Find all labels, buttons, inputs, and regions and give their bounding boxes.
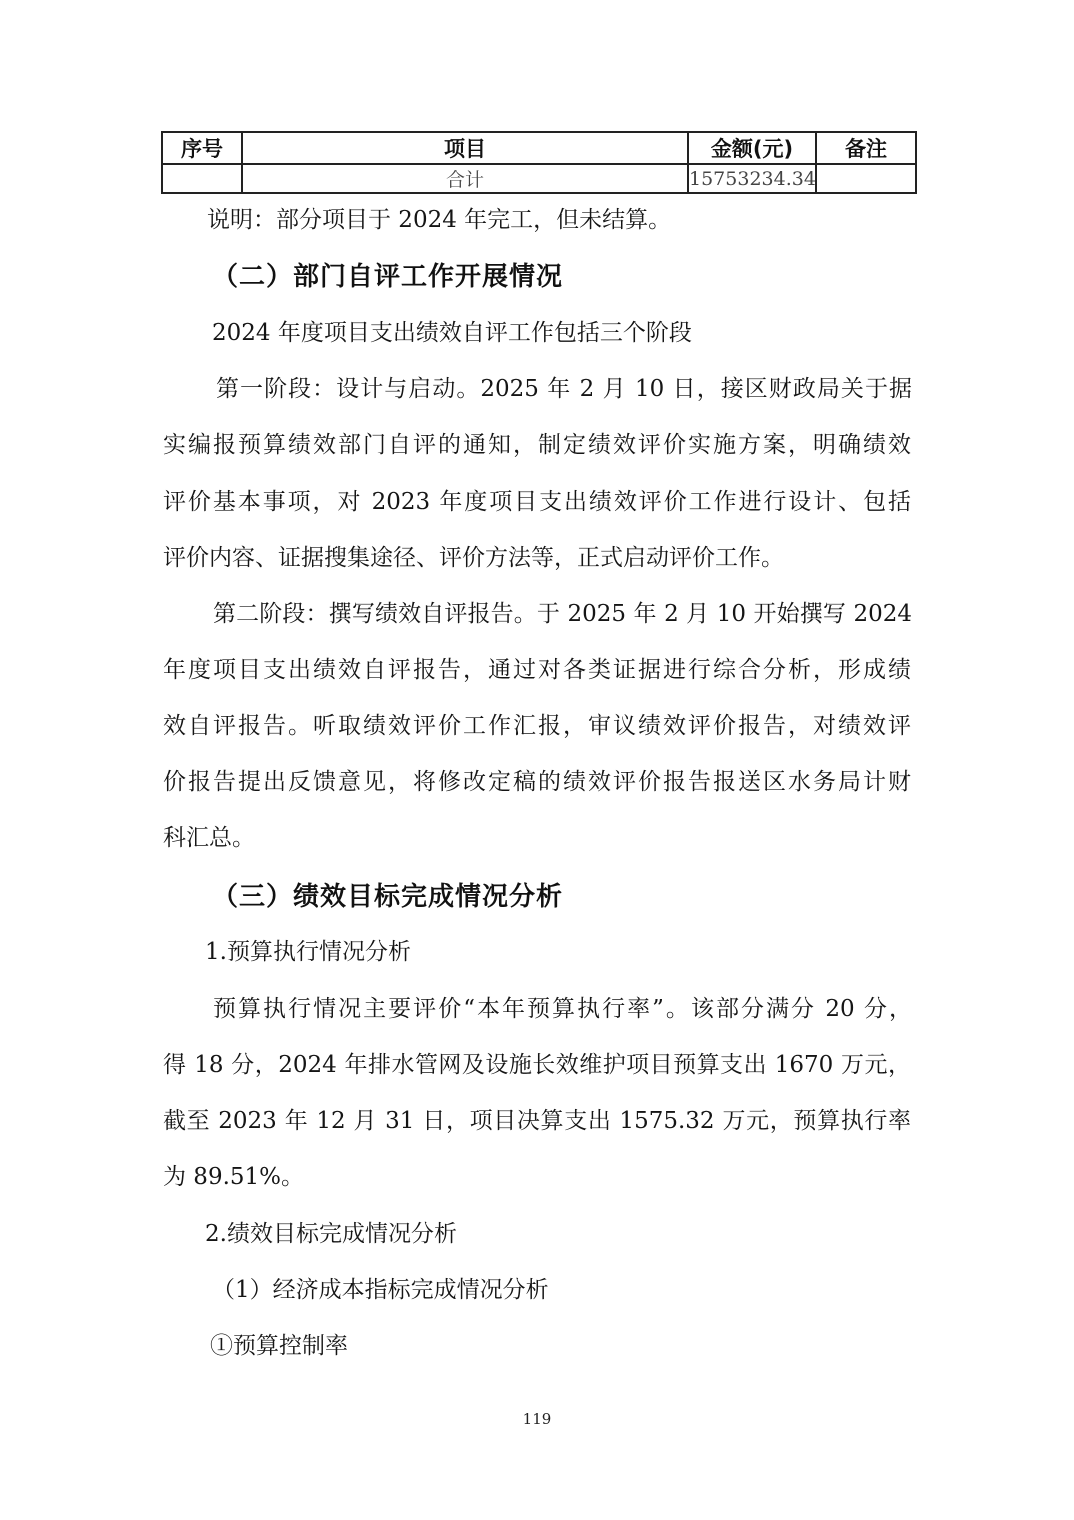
stage1-line-2: 实编报预算绩效部门自评的通知，制定绩效评价实施方案，明确绩效 [163, 430, 911, 460]
stage2-line-5: 科汇总。 [163, 823, 255, 853]
stage2-line-4: 价报告提出反馈意见，将修改定稿的绩效评价报告报送区水务局计财 [163, 767, 911, 797]
cell-amount: 15753234.34 [688, 164, 816, 193]
stage1-line-1: 第一阶段：设计与启动。2025 年 2 月 10 日，接区财政局关于据 [216, 374, 912, 404]
table-row: 合计 15753234.34 [162, 164, 916, 193]
sub1-line-3: 截至 2023 年 12 月 31 日，项目决算支出 1575.32 万元，预算… [163, 1106, 911, 1136]
header-index: 序号 [162, 132, 242, 164]
header-note: 备注 [816, 132, 916, 164]
document-page: 序号 项目 金额(元) 备注 合计 15753234.34 说明：部分项目于 2… [0, 0, 1074, 1520]
sub1-line-4: 为 89.51%。 [163, 1162, 304, 1192]
sub1-line-1: 预算执行情况主要评价“本年预算执行率”。该部分满分 20 分， [213, 994, 912, 1024]
stage2-line-2: 年度项目支出绩效自评报告，通过对各类证据进行综合分析，形成绩 [163, 655, 911, 685]
summary-table: 序号 项目 金额(元) 备注 合计 15753234.34 [161, 131, 917, 194]
section2-intro: 2024 年度项目支出绩效自评工作包括三个阶段 [212, 318, 692, 348]
sub1-title: 1.预算执行情况分析 [205, 937, 411, 967]
header-amount: 金额(元) [688, 132, 816, 164]
page-number: 119 [0, 1410, 1074, 1428]
stage1-line-4: 评价内容、证据搜集途径、评价方法等，正式启动评价工作。 [163, 543, 784, 573]
table-note: 说明：部分项目于 2024 年完工，但未结算。 [207, 205, 671, 235]
header-item: 项目 [242, 132, 688, 164]
stage1-line-3: 评价基本事项，对 2023 年度项目支出绩效评价工作进行设计、包括 [163, 487, 911, 517]
cell-note [816, 164, 916, 193]
sub1-line-2: 得 18 分，2024 年排水管网及设施长效维护项目预算支出 1670 万元， [163, 1050, 911, 1080]
cell-index [162, 164, 242, 193]
table-header-row: 序号 项目 金额(元) 备注 [162, 132, 916, 164]
section2-heading: （二）部门自评工作开展情况 [212, 260, 563, 294]
sub2-1-title: （1）经济成本指标完成情况分析 [212, 1275, 549, 1305]
section3-heading: （三）绩效目标完成情况分析 [212, 880, 563, 914]
stage2-line-1: 第二阶段：撰写绩效自评报告。于 2025 年 2 月 10 开始撰写 2024 [213, 599, 912, 629]
cell-item: 合计 [242, 164, 688, 193]
stage2-line-3: 效自评报告。听取绩效评价工作汇报，审议绩效评价报告，对绩效评 [163, 711, 911, 741]
sub2-1-a-title: ①预算控制率 [210, 1331, 348, 1361]
sub2-title: 2.绩效目标完成情况分析 [205, 1219, 457, 1249]
